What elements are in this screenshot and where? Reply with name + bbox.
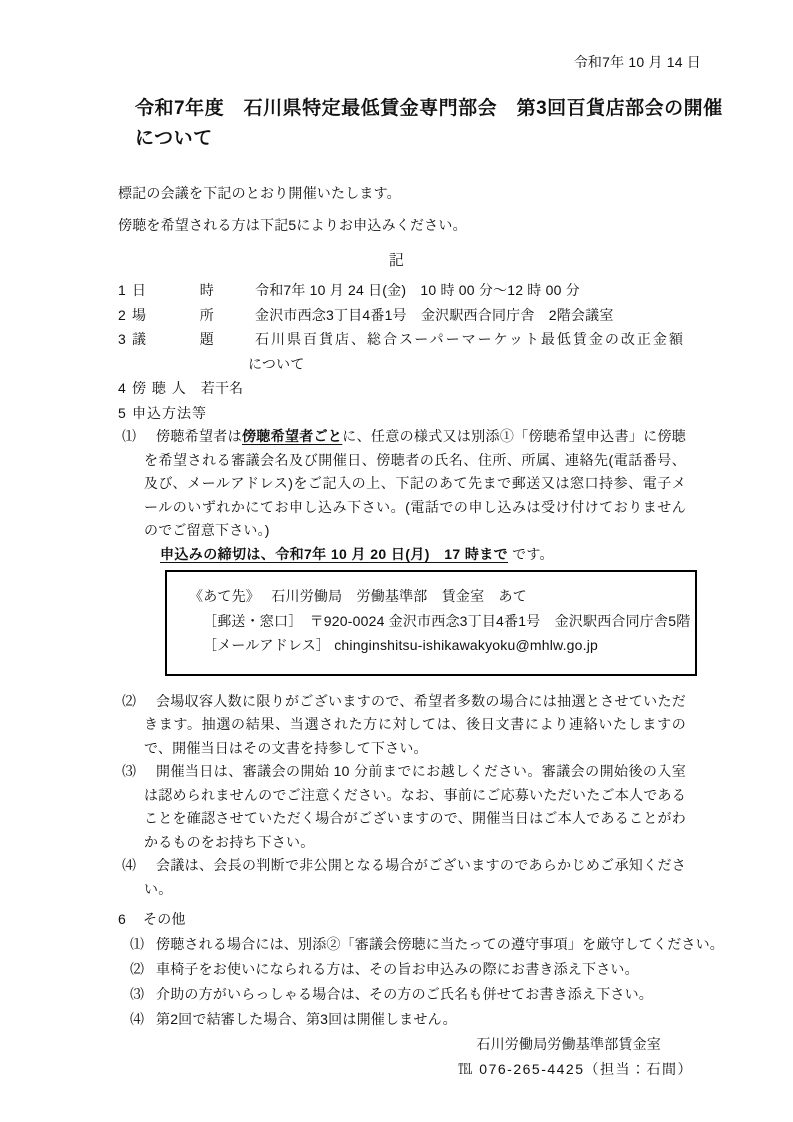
item-number: 3 (118, 327, 132, 352)
item-content: 金沢市西念3丁目4番1号 金沢駅西合同庁舎 2階会議室 (255, 303, 614, 328)
deadline-line: 申込みの締切は、令和7年 10 月 20 日(月) 17 時まで です。 (160, 543, 793, 567)
section-heading-text: その他 (143, 907, 186, 932)
meeting-item-place: 2 場 所 金沢市西念3丁目4番1号 金沢駅西合同庁舎 2階会議室 (0, 303, 793, 328)
item-label: 議 題 (132, 327, 214, 352)
application-item-1: ⑴ 傍聴希望者は傍聴希望者ごとに、任意の様式又は別添①「傍聴希望申込書」に傍聴を… (0, 425, 793, 543)
sub-item-text: 開催当日は、審議会の開始 10 分前までにお越しください。審議会の開始後の入室は… (144, 760, 686, 854)
address-line: 《あて先》 石川労働局 労働基準部 賃金室 あて (189, 584, 695, 609)
intro-paragraph: 標記の会議を下記のとおり開催いたします。 傍聴を希望される方は下記5によりお申込… (0, 177, 793, 241)
meeting-item-agenda-cont: について (0, 352, 793, 377)
footer-telephone: ℡ 076-265-4425（担当：石間） (0, 1057, 793, 1082)
text-segment: 傍聴希望者は (156, 428, 242, 444)
sub-item-number: ⑴ (130, 932, 156, 957)
date-line: 令和7年 10 月 14 日 (0, 52, 793, 72)
email-line: ［メールアドレス］ chinginshitsu-ishikawakyoku@mh… (203, 633, 695, 658)
sub-item-text: 会場収容人数に限りがございますので、希望者多数の場合には抽選とさせていただきます… (144, 690, 686, 761)
intro-line2: 傍聴を希望される方は下記5によりお申込みください。 (118, 209, 793, 241)
others-item-3: ⑶ 介助の方がいらっしゃる場合は、その方のご氏名も併せてお書き添え下さい。 (0, 982, 793, 1007)
email-address: chinginshitsu-ishikawakyoku@mhlw.go.jp (334, 637, 598, 653)
others-section-heading: 6 その他 (0, 907, 793, 932)
meeting-item-observers: 4 傍 聴 人 若干名 (0, 376, 793, 401)
intro-line1: 標記の会議を下記のとおり開催いたします。 (118, 177, 793, 209)
item-label: 日 時 (132, 278, 214, 303)
address-box: 《あて先》 石川労働局 労働基準部 賃金室 あて ［郵送・窓口］ 〒920-00… (165, 570, 697, 676)
sub-item-text: 介助の方がいらっしゃる場合は、その方のご氏名も併せてお書き添え下さい。 (156, 982, 653, 1007)
sub-item-number: ⑵ (122, 690, 144, 761)
meeting-item-agenda: 3 議 題 石川県百貨店、総合スーパーマーケット最低賃金の改正金額 (0, 327, 793, 352)
deadline-suffix: です。 (508, 546, 554, 562)
item-content: 若干名 (201, 376, 244, 401)
postal-line: ［郵送・窓口］ 〒920-0024 金沢市西念3丁目4番1号 金沢駅西合同庁舎5… (203, 609, 695, 634)
meeting-item-list: 1 日 時 令和7年 10 月 24 日(金) 10 時 00 分～12 時 0… (0, 278, 793, 425)
sub-item-text: 車椅子をお使いになられる方は、その旨お申込みの際にお書き添え下さい。 (156, 957, 639, 982)
item-label: 申込方法等 (132, 401, 207, 426)
item-number: 5 (118, 401, 132, 426)
item-number: 1 (118, 278, 132, 303)
sub-item-number: ⑷ (130, 1007, 156, 1032)
page-title-line1: 令和7年度 石川県特定最低賃金専門部会 第3回百貨店部会の開催 (135, 94, 733, 124)
page-title: 令和7年度 石川県特定最低賃金専門部会 第3回百貨店部会の開催 について (135, 94, 733, 153)
application-item-4: ⑷ 会議は、会長の判断で非公開となる場合がございますのであらかじめご承知ください… (0, 854, 793, 901)
sub-item-number: ⑵ (130, 957, 156, 982)
meeting-item-application: 5 申込方法等 (0, 401, 793, 426)
application-item-2: ⑵ 会場収容人数に限りがございますので、希望者多数の場合には抽選とさせていただき… (0, 690, 793, 761)
application-item-3: ⑶ 開催当日は、審議会の開始 10 分前までにお越しください。審議会の開始後の入… (0, 760, 793, 854)
emphasized-text: 傍聴希望者ごと (242, 428, 342, 444)
page-title-line2: について (135, 124, 733, 154)
item-label: 傍 聴 人 (132, 376, 187, 401)
sub-item-text: 傍聴される場合には、別添②「審議会傍聴に当たっての遵守事項」を厳守してください。 (156, 932, 724, 957)
others-item-4: ⑷ 第2回で結審した場合、第3回は開催しません。 (0, 1007, 793, 1032)
section-number: 6 (118, 907, 143, 932)
text-segment: に、任意の様式又は別添①「傍聴希望申込書」に傍聴を希望される審議会名及び開催日、… (144, 428, 686, 538)
sub-item-number: ⑷ (122, 854, 144, 901)
sub-item-text: 会議は、会長の判断で非公開となる場合がございますのであらかじめご承知ください。 (144, 854, 686, 901)
others-item-2: ⑵ 車椅子をお使いになられる方は、その旨お申込みの際にお書き添え下さい。 (0, 957, 793, 982)
others-item-1: ⑴ 傍聴される場合には、別添②「審議会傍聴に当たっての遵守事項」を厳守してくださ… (0, 932, 793, 957)
sub-item-number: ⑴ (122, 425, 144, 543)
sub-item-text: 第2回で結審した場合、第3回は開催しません。 (156, 1007, 457, 1032)
item-number: 2 (118, 303, 132, 328)
item-number: 4 (118, 376, 132, 401)
item-content: 令和7年 10 月 24 日(金) 10 時 00 分～12 時 00 分 (255, 278, 580, 303)
sub-item-text: 傍聴希望者は傍聴希望者ごとに、任意の様式又は別添①「傍聴希望申込書」に傍聴を希望… (144, 425, 686, 543)
footer-organization: 石川労働局労働基準部賃金室 (0, 1032, 793, 1057)
item-label: 場 所 (132, 303, 214, 328)
meeting-item-datetime: 1 日 時 令和7年 10 月 24 日(金) 10 時 00 分～12 時 0… (0, 278, 793, 303)
sub-item-number: ⑶ (130, 982, 156, 1007)
record-mark: 記 (0, 249, 793, 273)
deadline-emphasis: 申込みの締切は、令和7年 10 月 20 日(月) 17 時まで (160, 546, 508, 562)
email-label: ［メールアドレス］ (203, 637, 334, 653)
sub-item-number: ⑶ (122, 760, 144, 854)
item-content: 石川県百貨店、総合スーパーマーケット最低賃金の改正金額 (255, 327, 685, 352)
